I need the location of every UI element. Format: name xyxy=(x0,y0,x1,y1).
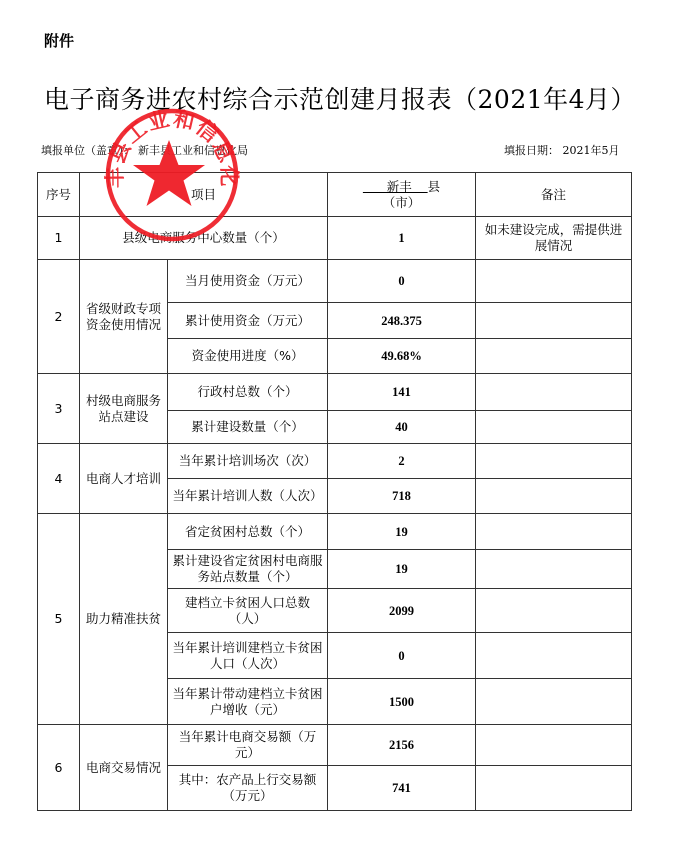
row-seq: 1 xyxy=(38,217,80,260)
row-value: 741 xyxy=(328,766,476,811)
row-item: 当年累计带动建档立卡贫困户增收（元） xyxy=(168,679,328,725)
county-line2: （市） xyxy=(383,195,421,210)
row-remark xyxy=(476,479,632,514)
row-value: 19 xyxy=(328,550,476,589)
row-category: 村级电商服务站点建设 xyxy=(80,374,168,444)
report-date-label: 填报日期： xyxy=(504,144,559,157)
row-value: 2156 xyxy=(328,725,476,766)
row-item: 当年累计电商交易额（万元） xyxy=(168,725,328,766)
row-value: 19 xyxy=(328,514,476,550)
row-item: 其中：农产品上行交易额（万元） xyxy=(168,766,328,811)
table-row: 4 电商人才培训 当年累计培训场次（次） 2 xyxy=(38,444,632,479)
header-county: 新丰 县 （市） xyxy=(328,173,476,217)
row-item: 资金使用进度（%） xyxy=(168,339,328,374)
row-value: 2099 xyxy=(328,589,476,633)
row-item: 省定贫困村总数（个） xyxy=(168,514,328,550)
header-item: 项目 xyxy=(80,173,328,217)
report-title: 电子商务进农村综合示范创建月报表（2021年4月） xyxy=(44,80,636,116)
row-item: 建档立卡贫困人口总数（人） xyxy=(168,589,328,633)
county-suffix: 县 xyxy=(428,179,441,194)
row-seq: 3 xyxy=(38,374,80,444)
row-category: 电商交易情况 xyxy=(80,725,168,811)
report-date-value: 2021年5月 xyxy=(563,144,620,157)
row-value: 1 xyxy=(328,217,476,260)
row-item: 行政村总数（个） xyxy=(168,374,328,411)
row-remark xyxy=(476,725,632,766)
row-value: 2 xyxy=(328,444,476,479)
row-remark xyxy=(476,444,632,479)
row-seq: 6 xyxy=(38,725,80,811)
row-item: 累计建设数量（个） xyxy=(168,411,328,444)
row-remark xyxy=(476,260,632,303)
row-seq: 4 xyxy=(38,444,80,514)
row-item: 县级电商服务中心数量（个） xyxy=(80,217,328,260)
row-value: 0 xyxy=(328,260,476,303)
reporting-unit: 填报单位（盖章）： 新丰县工业和信息化局 xyxy=(41,142,248,158)
row-value: 248.375 xyxy=(328,303,476,339)
row-item: 当年累计培训人数（人次） xyxy=(168,479,328,514)
header-seq: 序号 xyxy=(38,173,80,217)
row-remark xyxy=(476,514,632,550)
row-item: 累计使用资金（万元） xyxy=(168,303,328,339)
row-remark xyxy=(476,411,632,444)
attachment-label: 附件 xyxy=(44,30,74,51)
row-item: 当月使用资金（万元） xyxy=(168,260,328,303)
row-remark xyxy=(476,766,632,811)
row-value: 0 xyxy=(328,633,476,679)
row-remark xyxy=(476,633,632,679)
table-row: 1 县级电商服务中心数量（个） 1 如未建设完成，需提供进展情况 xyxy=(38,217,632,260)
row-remark xyxy=(476,339,632,374)
table-row: 2 省级财政专项资金使用情况 当月使用资金（万元） 0 xyxy=(38,260,632,303)
report-table: 序号 项目 新丰 县 （市） 备注 1 县级电商服务中心数量（个） 1 如未建设… xyxy=(37,172,632,811)
row-remark xyxy=(476,589,632,633)
row-seq: 2 xyxy=(38,260,80,374)
row-remark xyxy=(476,550,632,589)
header-row: 序号 项目 新丰 县 （市） 备注 xyxy=(38,173,632,217)
row-remark: 如未建设完成，需提供进展情况 xyxy=(476,217,632,260)
row-seq: 5 xyxy=(38,514,80,725)
row-item: 当年累计培训场次（次） xyxy=(168,444,328,479)
table-row: 3 村级电商服务站点建设 行政村总数（个） 141 xyxy=(38,374,632,411)
row-item: 累计建设省定贫困村电商服务站点数量（个） xyxy=(168,550,328,589)
row-category: 助力精准扶贫 xyxy=(80,514,168,725)
report-date: 填报日期： 2021年5月 xyxy=(504,142,620,158)
row-category: 电商人才培训 xyxy=(80,444,168,514)
row-category: 省级财政专项资金使用情况 xyxy=(80,260,168,374)
reporting-unit-label: 填报单位（盖章）： xyxy=(41,144,135,157)
table-row: 6 电商交易情况 当年累计电商交易额（万元） 2156 xyxy=(38,725,632,766)
row-value: 49.68% xyxy=(328,339,476,374)
row-remark xyxy=(476,303,632,339)
reporting-unit-value: 新丰县工业和信息化局 xyxy=(138,144,248,157)
row-value: 718 xyxy=(328,479,476,514)
row-value: 141 xyxy=(328,374,476,411)
table-row: 5 助力精准扶贫 省定贫困村总数（个） 19 xyxy=(38,514,632,550)
row-value: 1500 xyxy=(328,679,476,725)
header-remarks: 备注 xyxy=(476,173,632,217)
row-remark xyxy=(476,679,632,725)
row-remark xyxy=(476,374,632,411)
row-value: 40 xyxy=(328,411,476,444)
row-item: 当年累计培训建档立卡贫困人口（人次） xyxy=(168,633,328,679)
county-name: 新丰 xyxy=(363,179,428,194)
